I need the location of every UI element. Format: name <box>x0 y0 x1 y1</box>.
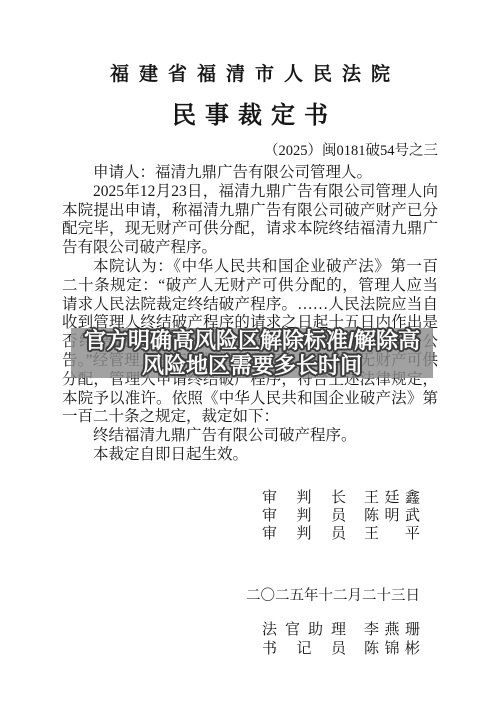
staff-row: 法官助理 李燕珊 <box>262 621 500 639</box>
paragraph-effective: 本裁定自即日起生效。 <box>62 446 438 465</box>
paragraph-application: 2025年12月23日，福清九鼎广告有限公司管理人向本院提出申请，称福清九鼎广告… <box>62 183 438 258</box>
staff-name: 李燕珊 <box>364 621 420 639</box>
court-ruling-page: 福建省福清市人民法院 民事裁定书 （2025）闽0181破54号之三 申请人：福… <box>0 0 500 706</box>
staff-name: 陈锦彬 <box>364 640 420 658</box>
document-title: 民事裁定书 <box>0 101 500 131</box>
signature-row: 审判员 王平 <box>262 525 500 543</box>
signature-row: 审判员 陈明武 <box>262 507 500 525</box>
staff-role: 书记员 <box>262 640 346 658</box>
signature-role: 审判员 <box>262 507 346 525</box>
overlay-caption-line: 风险地区需要多长时间 <box>142 353 362 378</box>
signature-name: 王廷鑫 <box>364 489 420 507</box>
case-number: （2025）闽0181破54号之三 <box>0 143 500 160</box>
court-name: 福建省福清市人民法院 <box>0 0 500 87</box>
staff-row: 书记员 陈锦彬 <box>262 640 500 658</box>
overlay-caption: 官方明确高风险区解除标准/解除高 风险地区需要多长时间 <box>71 328 433 378</box>
staff-role: 法官助理 <box>262 621 346 639</box>
staff-signature-block: 法官助理 李燕珊 书记员 陈锦彬 <box>262 621 500 657</box>
signature-role: 审判长 <box>262 489 346 507</box>
signature-role: 审判员 <box>262 525 346 543</box>
signature-name: 陈明武 <box>364 507 420 525</box>
signature-row: 审判长 王廷鑫 <box>262 489 500 507</box>
judge-signature-block: 审判长 王廷鑫 审判员 陈明武 审判员 王平 <box>262 489 500 544</box>
ruling-body: 申请人：福清九鼎广告有限公司管理人。 2025年12月23日，福清九鼎广告有限公… <box>62 164 438 465</box>
signature-name: 王平 <box>364 525 420 543</box>
paragraph-applicant: 申请人：福清九鼎广告有限公司管理人。 <box>62 164 438 183</box>
ruling-date: 二〇二五年十二月二十三日 <box>0 588 500 605</box>
paragraph-ruling-item: 终结福清九鼎广告有限公司破产程序。 <box>62 427 438 446</box>
overlay-caption-line: 官方明确高风险区解除标准/解除高 <box>84 328 420 353</box>
